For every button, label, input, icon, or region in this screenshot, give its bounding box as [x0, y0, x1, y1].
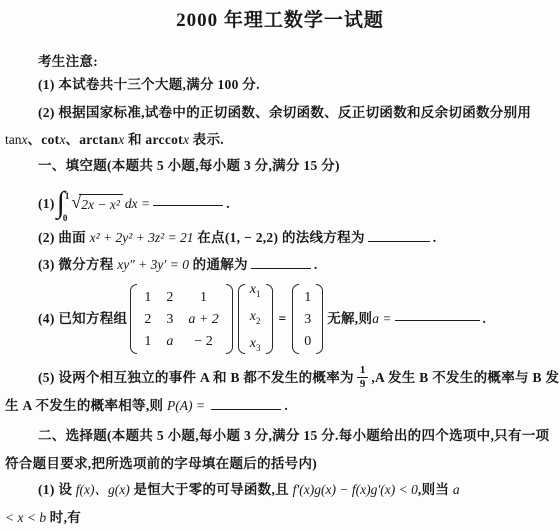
fn-cot: 、cot: [28, 132, 60, 147]
fraction-numerator: 1: [357, 364, 369, 378]
cq1-functions: f(x)、g(x): [76, 482, 130, 497]
matrix-cell: 1: [144, 290, 151, 305]
fraction-denominator: 9: [360, 378, 366, 391]
page-title: 2000 年理工数学一试题: [0, 12, 560, 30]
q5-line2-prefix: 生 A 不发生的概率相等,则: [5, 398, 167, 413]
square-root: √ 2x − x²: [71, 194, 123, 214]
unknown-vector: x1 x2 x3: [247, 278, 264, 359]
notice-heading: 考生注意:: [38, 53, 98, 71]
q3-equation: xy″ + 3y′ = 0: [117, 257, 189, 272]
q1-label: (1): [38, 195, 55, 213]
matrix-cell: a + 2: [188, 312, 218, 327]
notice-item-2-line2: tanx、cotx、arctanx 和 arccotx 表示.: [5, 131, 224, 149]
q1-dx-equals: dx =: [125, 195, 150, 213]
matrix-cell: 2: [144, 312, 151, 327]
fill-question-4: (4) 已知方程组 1 2 1 2 3 a + 2 1 a − 2 x1 x2 …: [38, 284, 486, 354]
q4-prefix: (4) 已知方程组: [38, 310, 127, 328]
left-paren-icon: [292, 284, 299, 354]
q5-answer-blank: [211, 407, 281, 410]
coefficient-matrix: 1 2 1 2 3 a + 2 1 a − 2: [139, 286, 223, 353]
section-choice-heading-line1: 二、选择题(本题共 5 小题,每小题 3 分,满分 15 分.每小题给出的四个选…: [38, 427, 549, 445]
cq1-part2: 是恒大于零的可导函数,且: [130, 482, 293, 497]
cq1-line2-text: 时,有: [46, 510, 81, 525]
exam-paper-page: 2000 年理工数学一试题 考生注意: (1) 本试卷共十三个大题,满分 100…: [0, 0, 560, 531]
q3-period: .: [314, 257, 318, 272]
cq1-part3: ,则当: [418, 482, 453, 497]
integral-limits: 1 0: [64, 189, 69, 219]
text-and-arccot: 和 arccot: [124, 132, 183, 147]
fraction-one-ninth: 1 9: [357, 364, 369, 390]
q1-answer-blank: [153, 203, 223, 206]
integral-upper-limit: 1: [65, 187, 70, 205]
matrix-cell: − 2: [188, 334, 218, 349]
vector-cell: x3: [250, 336, 261, 356]
q3-middle: 的通解为: [189, 257, 248, 272]
q4-variable: a =: [372, 310, 391, 328]
q1-period: .: [226, 195, 230, 213]
left-paren-icon: [130, 284, 137, 354]
cq1-part1: (1) 设: [38, 482, 76, 497]
left-paren-icon: [238, 284, 245, 354]
text-biaoshi: 表示.: [189, 132, 224, 147]
vector-cell: 0: [304, 334, 311, 349]
q3-answer-blank: [251, 266, 311, 269]
fill-question-2: (2) 曲面 x² + 2y² + 3z² = 21 在点(1, − 2,2) …: [38, 229, 436, 247]
q3-prefix: (3) 微分方程: [38, 257, 117, 272]
matrix-cell: 1: [188, 290, 218, 305]
matrix-cell: 3: [166, 312, 173, 327]
rhs-vector: 1 3 0: [301, 286, 314, 353]
q4-answer-blank: [395, 318, 480, 321]
vector-cell: x2: [250, 309, 261, 329]
q5-probability-expression: P(A) =: [167, 398, 208, 413]
q5-period: .: [284, 398, 288, 413]
cq1-var-a: a: [453, 482, 460, 497]
q2-equation: x² + 2y² + 3z² = 21: [90, 230, 194, 245]
notice-item-2-line1: (2) 根据国家标准,试卷中的正切函数、余切函数、反正切函数和反余切函数分别用: [38, 104, 531, 122]
q2-period: .: [433, 230, 437, 245]
fill-question-5-line1: (5) 设两个相互独立的事件 A 和 B 都不发生的概率为 1 9 ,A 发生 …: [38, 363, 559, 393]
matrix-cell: 1: [144, 334, 151, 349]
q2-prefix: (2) 曲面: [38, 230, 90, 245]
cq1-inequality: f′(x)g(x) − f(x)g′(x) < 0: [293, 482, 418, 497]
radicand-expression: 2x − x²: [79, 194, 123, 214]
q2-answer-blank: [368, 239, 430, 242]
section-fill-heading: 一、填空题(本题共 5 小题,每小题 3 分,满分 15 分): [38, 157, 340, 175]
q4-suffix: 无解,则: [327, 310, 372, 328]
q5-prefix: (5) 设两个相互独立的事件 A 和 B 都不发生的概率为: [38, 369, 354, 387]
equals-sign: =: [279, 310, 287, 328]
vector-cell: 3: [304, 312, 311, 327]
notice-item-1: (1) 本试卷共十三个大题,满分 100 分.: [38, 76, 260, 94]
fill-question-1: (1) ∫ 1 0 √ 2x − x² dx = .: [38, 188, 230, 220]
right-paren-icon: [226, 284, 233, 354]
fill-question-5-line2: 生 A 不发生的概率相等,则 P(A) = .: [5, 397, 288, 415]
matrix-cell: 2: [166, 290, 173, 305]
section-choice-heading-line2: 符合题目要求,把所选项前的字母填在题后的括号内): [5, 455, 317, 473]
vector-cell: 1: [304, 290, 311, 305]
right-paren-icon: [316, 284, 323, 354]
choice-question-1-line1: (1) 设 f(x)、g(x) 是恒大于零的可导函数,且 f′(x)g(x) −…: [38, 481, 460, 499]
vector-cell: x1: [250, 282, 261, 302]
fn-tan: tan: [5, 132, 22, 147]
cq1-interval: < x < b: [5, 510, 46, 525]
choice-question-1-line2: < x < b 时,有: [5, 509, 81, 527]
q2-middle: 在点(1, − 2,2) 的法线方程为: [194, 230, 365, 245]
q5-line1-suffix: ,A 发生 B 不发生的概率与 B 发: [371, 369, 559, 387]
q4-period: .: [483, 310, 487, 328]
matrix-cell: a: [166, 334, 173, 349]
right-paren-icon: [266, 284, 273, 354]
fill-question-3: (3) 微分方程 xy″ + 3y′ = 0 的通解为.: [38, 256, 318, 274]
integral-lower-limit: 0: [63, 209, 68, 227]
fn-arctan: 、arctan: [65, 132, 118, 147]
